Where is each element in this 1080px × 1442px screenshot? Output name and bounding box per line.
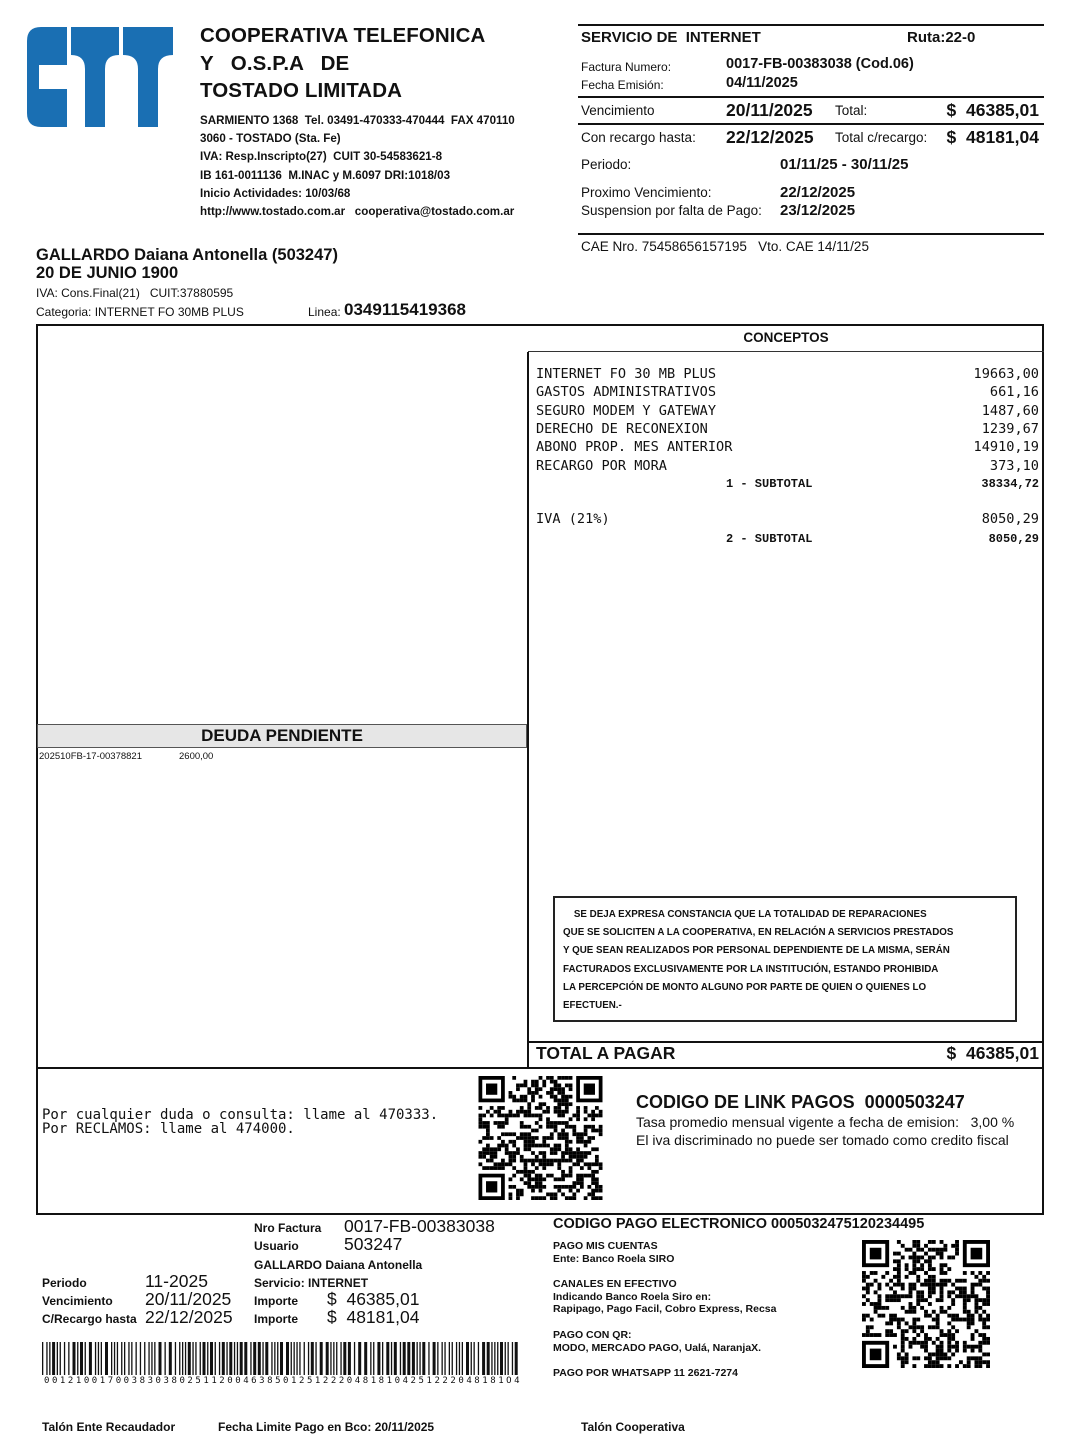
iva-label: IVA (21%): [536, 510, 610, 528]
notice-line: LA PERCEPCIÓN DE MONTO ALGUNO POR PARTE …: [563, 979, 1007, 997]
notice-line: QUE SE SOLICITEN A LA COOPERATIVA, EN RE…: [563, 924, 1007, 942]
canales-efectivo: CANALES EN EFECTIVO Indicando Banco Roel…: [553, 1278, 776, 1316]
company-inicio: Inicio Actividades: 10/03/68: [200, 187, 350, 200]
pago-mis-cuentas: PAGO MIS CUENTAS Ente: Banco Roela SIRO: [553, 1240, 674, 1265]
deuda-ref: 202510FB-17-00378821: [39, 751, 142, 762]
periodo-label: Periodo:: [581, 157, 631, 172]
concepto-label: ABONO PROP. MES ANTERIOR: [536, 438, 732, 456]
client-name: GALLARDO Daiana Antonella (503247): [36, 246, 338, 265]
canales-efectivo-line: Indicando Banco Roela Siro en:: [553, 1291, 776, 1304]
factura-label: Factura Numero:: [581, 60, 671, 74]
concepto-amount: 373,10: [990, 457, 1039, 475]
header-rule: [578, 24, 1044, 26]
section-divider: [36, 1067, 1044, 1069]
qr-code-icon[interactable]: [478, 1076, 603, 1200]
total-a-pagar-label: TOTAL A PAGAR: [536, 1043, 675, 1064]
iva-credito-note: El iva discriminado no puede ser tomado …: [636, 1132, 1009, 1148]
subtotal-2-value: 8050,29: [989, 530, 1039, 548]
recargo-label: Con recargo hasta:: [581, 130, 696, 145]
company-ib: IB 161-0011136 M.INAC y M.6097 DRI:1018/…: [200, 169, 450, 182]
pago-whatsapp: PAGO POR WHATSAPP 11 2621-7274: [553, 1367, 738, 1380]
total-a-pagar-amount: $ 46385,01: [947, 1043, 1039, 1064]
vencimiento-date: 20/11/2025: [726, 100, 813, 121]
pago-qr-title: PAGO CON QR:: [553, 1329, 761, 1342]
company-iva: IVA: Resp.Inscripto(27) CUIT 30-54583621…: [200, 150, 442, 163]
company-name-line-1: COOPERATIVA TELEFONICA: [200, 24, 485, 48]
deuda-pendiente-header: DEUDA PENDIENTE: [37, 724, 527, 748]
talon-ente-recaudador: Talón Ente Recaudador: [42, 1420, 175, 1434]
iva-value: 8050,29: [982, 510, 1039, 528]
talon-servicio: Servicio: INTERNET: [254, 1276, 368, 1290]
recargo-date: 22/12/2025: [726, 127, 814, 148]
total-recargo-amount: $ 48181,04: [947, 127, 1039, 148]
concepto-label: SEGURO MODEM Y GATEWAY: [536, 402, 716, 420]
contact-reclamos: Por RECLAMOS: llame al 474000.: [42, 1122, 295, 1137]
tasa-promedio: Tasa promedio mensual vigente a fecha de…: [636, 1114, 1014, 1130]
concepto-label: RECARGO POR MORA: [536, 457, 667, 475]
canales-efectivo-list: Rapipago, Pago Facil, Cobro Express, Rec…: [553, 1303, 776, 1316]
vencimiento-label: Vencimiento: [581, 103, 655, 118]
linea-label: Linea:: [308, 305, 341, 319]
canales-efectivo-title: CANALES EN EFECTIVO: [553, 1278, 776, 1291]
concepto-row: DERECHO DE RECONEXION1239,67: [536, 420, 1039, 438]
barcode-number: 0012100170038303802511200463850125122204…: [44, 1376, 522, 1386]
ctt-logo: [27, 27, 173, 127]
periodo-value: 01/11/25 - 30/11/25: [780, 156, 908, 173]
fecha-limite-pago: Fecha Limite Pago en Bco: 20/11/2025: [218, 1420, 434, 1434]
talon-vencimiento-label: Vencimiento: [42, 1294, 113, 1308]
subtotal-2-label: 2 - SUBTOTAL: [726, 530, 812, 548]
concepto-row: GASTOS ADMINISTRATIVOS661,16: [536, 383, 1039, 401]
emision-label: Fecha Emisión:: [581, 78, 664, 92]
company-city: 3060 - TOSTADO (Sta. Fe): [200, 132, 341, 145]
pago-qr: PAGO CON QR: MODO, MERCADO PAGO, Ualá, N…: [553, 1329, 761, 1354]
qr-code-icon[interactable]: [862, 1240, 990, 1368]
reparaciones-notice: SE DEJA EXPRESA CONSTANCIA QUE LA TOTALI…: [553, 896, 1017, 1022]
company-name-line-2: Y O.S.P.A DE: [200, 52, 349, 76]
concepto-row: SEGURO MODEM Y GATEWAY1487,60: [536, 402, 1039, 420]
subtotal-1-value: 38334,72: [981, 475, 1039, 493]
ruta: Ruta:22-0: [907, 29, 975, 46]
notice-line: Y QUE SEAN REALIZADOS POR PERSONAL DEPEN…: [563, 942, 1007, 960]
pago-mis-cuentas-title: PAGO MIS CUENTAS: [553, 1240, 674, 1253]
talon-recargo: 22/12/2025: [145, 1307, 233, 1328]
talon-nombre: GALLARDO Daiana Antonella: [254, 1258, 422, 1272]
total-amount: $ 46385,01: [947, 100, 1039, 121]
pago-qr-apps: MODO, MERCADO PAGO, Ualá, NaranjaX.: [553, 1342, 761, 1355]
notice-line: EFECTUEN.-: [563, 997, 1007, 1015]
concepto-amount: 1487,60: [982, 402, 1039, 420]
conceptos-header: CONCEPTOS: [528, 324, 1044, 352]
deuda-amount: 2600,00: [179, 751, 213, 762]
concepto-row: RECARGO POR MORA373,10: [536, 457, 1039, 475]
company-web-email[interactable]: http://www.tostado.com.ar cooperativa@to…: [200, 205, 514, 218]
concepto-amount: 19663,00: [974, 365, 1039, 383]
concepto-amount: 661,16: [990, 383, 1039, 401]
pago-mis-cuentas-ente: Ente: Banco Roela SIRO: [553, 1253, 674, 1266]
concepto-label: INTERNET FO 30 MB PLUS: [536, 365, 716, 383]
talon-periodo-label: Periodo: [42, 1276, 87, 1290]
suspension-label: Suspension por falta de Pago:: [581, 203, 762, 218]
header-rule: [578, 233, 1044, 235]
talon-cooperativa: Talón Cooperativa: [581, 1420, 685, 1434]
talon-recargo-label: C/Recargo hasta: [42, 1312, 137, 1326]
company-address: SARMIENTO 1368 Tel. 03491-470333-470444 …: [200, 114, 515, 127]
concepto-row: ABONO PROP. MES ANTERIOR14910,19: [536, 438, 1039, 456]
talon-usuario-label: Usuario: [254, 1239, 299, 1253]
column-divider: [527, 352, 529, 1068]
concepto-amount: 14910,19: [974, 438, 1039, 456]
header-rule: [578, 123, 1044, 125]
client-address: 20 DE JUNIO 1900: [36, 264, 178, 283]
pago-whatsapp-text: PAGO POR WHATSAPP 11 2621-7274: [553, 1367, 738, 1380]
linea-number: 0349115419368: [344, 300, 466, 320]
prox-venc-label: Proximo Vencimiento:: [581, 185, 712, 200]
company-name-line-3: TOSTADO LIMITADA: [200, 79, 402, 103]
notice-line: SE DEJA EXPRESA CONSTANCIA QUE LA TOTALI…: [563, 906, 1007, 924]
total-label: Total:: [835, 103, 867, 118]
codigo-pago-electronico: CODIGO PAGO ELECTRONICO 0005032475120234…: [553, 1216, 924, 1232]
talon-importe-recargo: $ 48181,04: [327, 1307, 419, 1328]
factura-number: 0017-FB-00383038 (Cod.06): [726, 56, 914, 72]
header-rule: [578, 96, 1044, 98]
concepto-label: DERECHO DE RECONEXION: [536, 420, 708, 438]
talon-importe-label: Importe: [254, 1294, 298, 1308]
service-title: SERVICIO DE INTERNET: [581, 29, 761, 46]
cae-info: CAE Nro. 75458656157195 Vto. CAE 14/11/2…: [581, 239, 869, 254]
total-recargo-label: Total c/recargo:: [835, 130, 927, 145]
subtotal-1-label: 1 - SUBTOTAL: [726, 475, 812, 493]
prox-venc-date: 22/12/2025: [780, 184, 855, 201]
talon-usuario: 503247: [344, 1234, 402, 1255]
talon-nro-factura-label: Nro Factura: [254, 1221, 321, 1235]
emision-date: 04/11/2025: [726, 75, 798, 91]
link-pagos-code: CODIGO DE LINK PAGOS 0000503247: [636, 1092, 965, 1113]
notice-line: FACTURADOS EXCLUSIVAMENTE POR LA INSTITU…: [563, 961, 1007, 979]
talon-importe-label: Importe: [254, 1312, 298, 1326]
suspension-date: 23/12/2025: [780, 202, 855, 219]
client-categoria: Categoria: INTERNET FO 30MB PLUS: [36, 305, 244, 319]
barcode-icon: [42, 1342, 518, 1375]
client-iva: IVA: Cons.Final(21) CUIT:37880595: [36, 286, 233, 300]
iva-row: IVA (21%) 8050,29: [536, 510, 1039, 528]
concepto-amount: 1239,67: [982, 420, 1039, 438]
concepto-row: INTERNET FO 30 MB PLUS19663,00: [536, 365, 1039, 383]
concepto-label: GASTOS ADMINISTRATIVOS: [536, 383, 716, 401]
